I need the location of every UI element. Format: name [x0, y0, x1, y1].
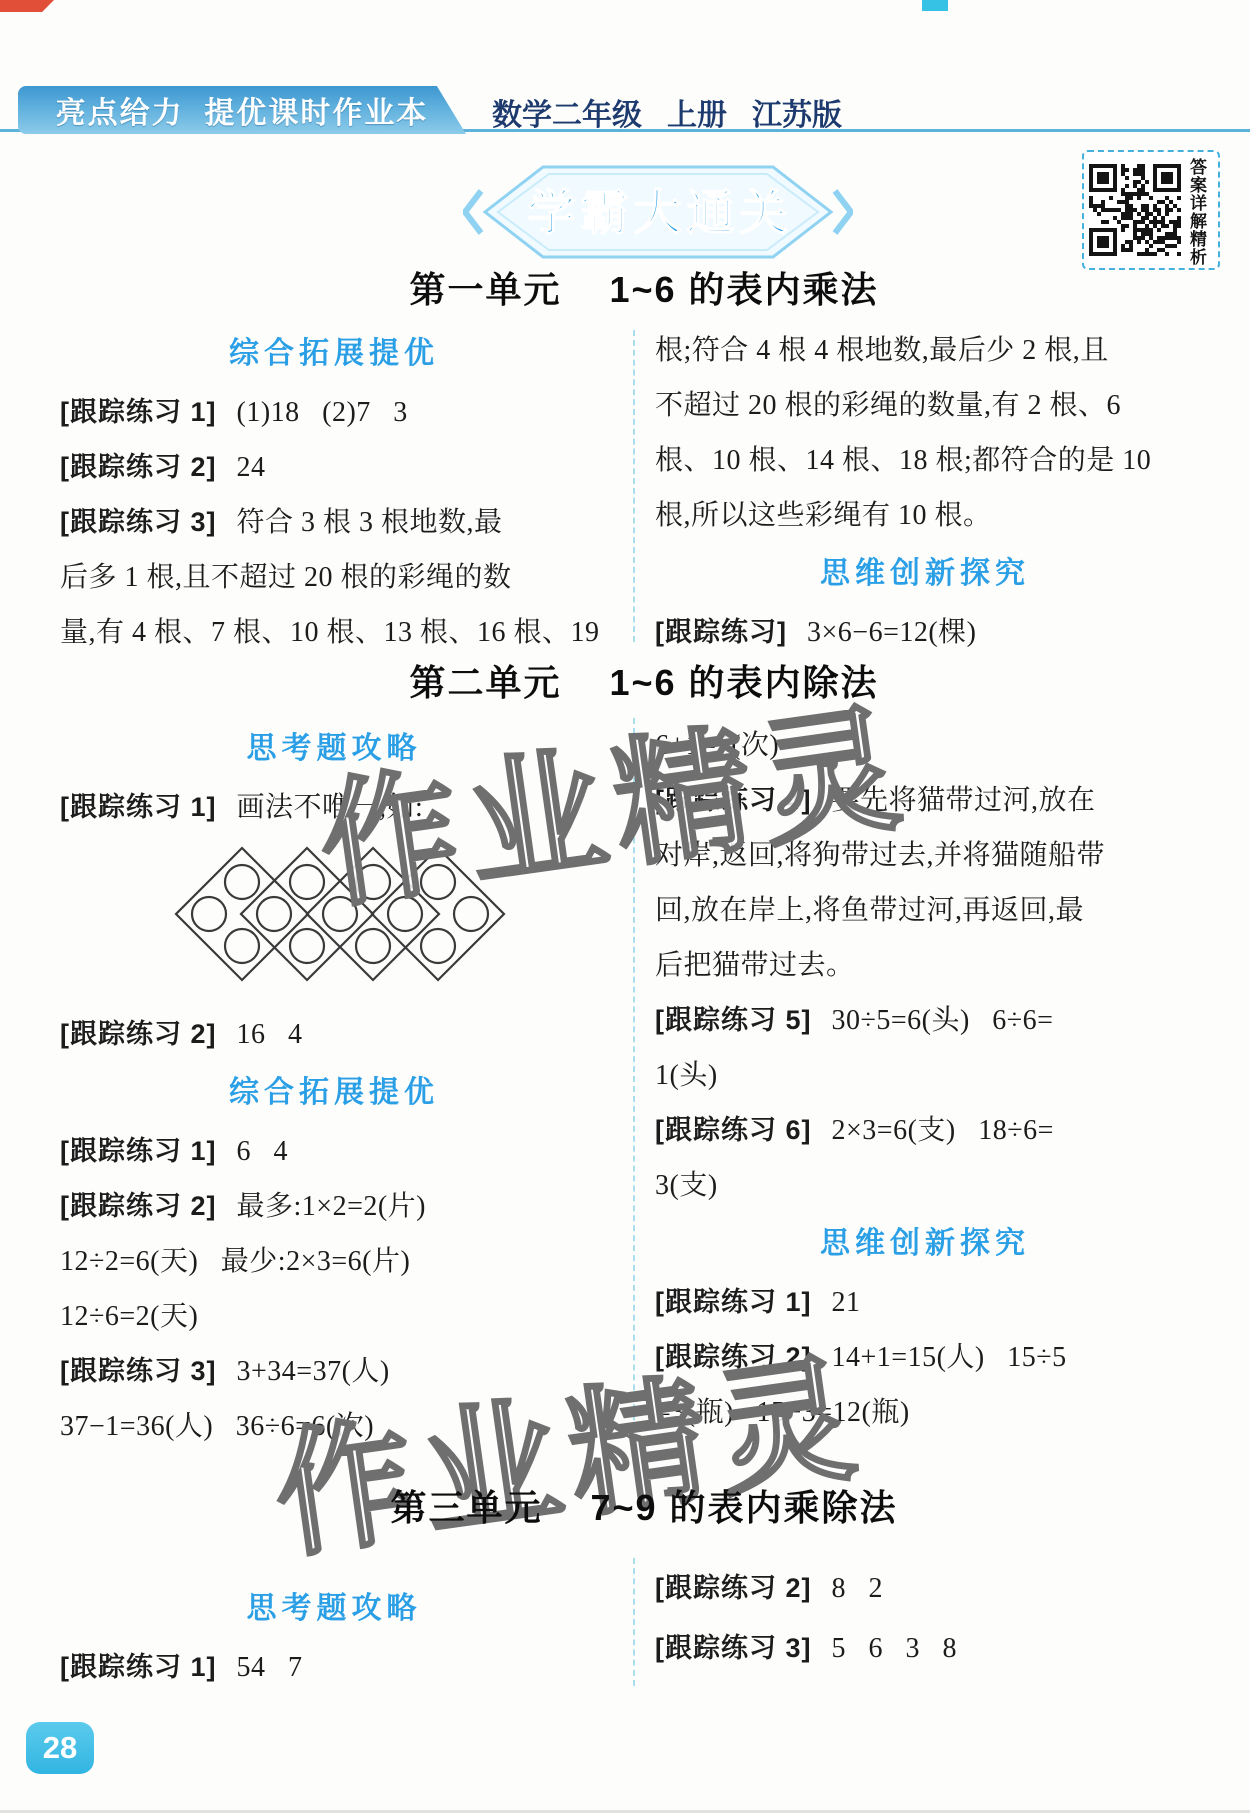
exercise-answer: (1)18 (2)7 3 [237, 385, 408, 440]
subsection-heading: 综合拓展提优 [60, 323, 608, 385]
section-3-left-column: 思考题攻略 [跟踪练习 1] 54 7 [60, 1578, 608, 1695]
qr-block: 答案详解精析 [1082, 150, 1220, 270]
exercise-answer: 14+1=15(人) 15÷5 [832, 1330, 1067, 1385]
exercise-answer: 要先将猫带过河,放在 [832, 773, 1096, 828]
answer-line: 根,所以这些彩绳有 10 根。 [655, 488, 1195, 543]
exercise-label: [跟踪练习 3] [60, 495, 217, 550]
brand-badge-label: 亮点给力 提优课时作业本 [56, 88, 429, 132]
banner-chevron-left-icon [465, 191, 481, 233]
answer-line: 对岸,返回,将狗带过去,并将猫随船带 [655, 828, 1195, 883]
answer-line: 不超过 20 根的彩绳的数量,有 2 根、6 [655, 378, 1195, 433]
answer-line: 后把猫带过去。 [655, 938, 1195, 993]
answer-line: [跟踪练习 2] 24 [60, 440, 608, 495]
answer-line: [跟踪练习 1] (1)18 (2)7 3 [60, 385, 608, 440]
answer-line: 1(头) [655, 1048, 1195, 1103]
answer-line: =3(瓶) 15−3=12(瓶) [655, 1385, 1195, 1440]
subsection-heading: 思考题攻略 [60, 1578, 608, 1640]
section-2-title: 第二单元 1~6 的表内除法 [0, 655, 1250, 706]
answer-line: [跟踪练习] 3×6−6=12(棵) [655, 605, 1195, 660]
answer-line: [跟踪练习 2] 16 4 [60, 1007, 608, 1062]
section-2-right-column: 6+1=7(次) [跟踪练习 4] 要先将猫带过河,放在 对岸,返回,将狗带过去… [655, 718, 1195, 1440]
exercise-label: [跟踪练习 5] [655, 993, 812, 1048]
exercise-label: [跟踪练习 2] [60, 1007, 217, 1062]
exercise-answer: 6 4 [237, 1124, 289, 1179]
answer-line: [跟踪练习 3] 5 6 3 8 [655, 1618, 1195, 1678]
scan-artifact-cyan [922, 0, 948, 11]
diamond-circles-figure [60, 835, 608, 1007]
section-1-right-column: 根;符合 4 根 4 根地数,最后少 2 根,且 不超过 20 根的彩绳的数量,… [655, 323, 1195, 660]
section-1-left-column: 综合拓展提优 [跟踪练习 1] (1)18 (2)7 3 [跟踪练习 2] 24… [60, 323, 608, 660]
answer-line: [跟踪练习 1] 21 [655, 1275, 1195, 1330]
workbook-answer-page: 亮点给力 提优课时作业本 数学二年级 上册 江苏版 答案详解精析 学霸大通关 第… [0, 0, 1250, 1813]
answer-line: 回,放在岸上,将鱼带过河,再返回,最 [655, 883, 1195, 938]
exercise-answer: 24 [237, 440, 266, 495]
section-3-title: 第三单元 7~9 的表内乘除法 [0, 1480, 1250, 1531]
answer-line: [跟踪练习 2] 8 2 [655, 1558, 1195, 1618]
answer-line: 6+1=7(次) [655, 718, 1195, 773]
column-divider [633, 718, 635, 1460]
exercise-answer: 8 2 [832, 1559, 884, 1619]
section-1-title: 第一单元 1~6 的表内乘法 [0, 262, 1250, 313]
exercise-answer: 21 [832, 1275, 861, 1330]
exercise-answer: 5 6 3 8 [832, 1619, 958, 1679]
answer-line: 12÷6=2(天) [60, 1289, 608, 1344]
page-number-badge: 28 [26, 1722, 94, 1774]
subsection-heading: 思维创新探究 [655, 543, 1195, 605]
exercise-answer: 3+34=37(人) [237, 1344, 390, 1399]
page-number: 28 [43, 1730, 77, 1766]
answer-line: 根、10 根、14 根、18 根;都符合的是 10 [655, 433, 1195, 488]
exercise-answer: 符合 3 根 3 根地数,最 [237, 495, 503, 550]
exercise-answer: 30÷5=6(头) 6÷6= [832, 993, 1054, 1048]
answer-line: [跟踪练习 2] 最多:1×2=2(片) [60, 1179, 608, 1234]
subsection-heading: 综合拓展提优 [60, 1062, 608, 1124]
exercise-answer: 54 7 [237, 1640, 303, 1695]
answer-line: [跟踪练习 2] 14+1=15(人) 15÷5 [655, 1330, 1195, 1385]
exercise-answer: 画法不唯一,如: [237, 780, 424, 835]
subsection-heading: 思维创新探究 [655, 1213, 1195, 1275]
banner-title: 学霸大通关 [527, 187, 792, 240]
exercise-label: [跟踪练习 3] [60, 1344, 217, 1399]
qr-caption: 答案详解精析 [1184, 158, 1209, 266]
exercise-label: [跟踪练习 4] [655, 773, 812, 828]
exercise-label: [跟踪练习 1] [60, 1640, 217, 1695]
exercise-answer: 2×3=6(支) 18÷6= [832, 1103, 1054, 1158]
exercise-label: [跟踪练习 2] [655, 1330, 812, 1385]
exercise-label: [跟踪练习 1] [655, 1275, 812, 1330]
answer-line: [跟踪练习 3] 3+34=37(人) [60, 1344, 608, 1399]
exercise-label: [跟踪练习 2] [60, 440, 217, 495]
banner-chevron-right-icon [835, 191, 851, 233]
exercise-label: [跟踪练习 6] [655, 1103, 812, 1158]
exercise-label: [跟踪练习 2] [655, 1558, 812, 1618]
answer-line: 根;符合 4 根 4 根地数,最后少 2 根,且 [655, 323, 1195, 378]
answer-line: 量,有 4 根、7 根、10 根、13 根、16 根、19 [60, 605, 608, 660]
answer-line: 后多 1 根,且不超过 20 根的彩绳的数 [60, 550, 608, 605]
exercise-answer: 最多:1×2=2(片) [237, 1179, 427, 1234]
banner: 学霸大通关 [463, 158, 853, 271]
answer-line: 3(支) [655, 1158, 1195, 1213]
answer-line: [跟踪练习 6] 2×3=6(支) 18÷6= [655, 1103, 1195, 1158]
subsection-heading: 思考题攻略 [60, 718, 608, 780]
exercise-label: [跟踪练习 1] [60, 780, 217, 835]
section-3-right-column: [跟踪练习 2] 8 2 [跟踪练习 3] 5 6 3 8 [655, 1558, 1195, 1678]
answer-line: [跟踪练习 3] 符合 3 根 3 根地数,最 [60, 495, 608, 550]
exercise-label: [跟踪练习 3] [655, 1618, 812, 1678]
answer-line: [跟踪练习 1] 画法不唯一,如: [60, 780, 608, 835]
scan-artifact-red [0, 0, 54, 12]
qr-code [1089, 164, 1181, 256]
answer-line: 37−1=36(人) 36÷6=6(次) [60, 1399, 608, 1454]
exercise-label: [跟踪练习 1] [60, 1124, 217, 1179]
answer-line: [跟踪练习 4] 要先将猫带过河,放在 [655, 773, 1195, 828]
exercise-label: [跟踪练习 2] [60, 1179, 217, 1234]
column-divider [633, 1558, 635, 1686]
column-divider [633, 330, 635, 642]
exercise-answer: 3×6−6=12(棵) [807, 605, 977, 660]
answer-line: [跟踪练习 1] 6 4 [60, 1124, 608, 1179]
answer-line: [跟踪练习 5] 30÷5=6(头) 6÷6= [655, 993, 1195, 1048]
exercise-answer: 16 4 [237, 1007, 303, 1062]
exercise-label: [跟踪练习] [655, 605, 787, 660]
answer-line: 12÷2=6(天) 最少:2×3=6(片) [60, 1234, 608, 1289]
answer-line: [跟踪练习 1] 54 7 [60, 1640, 608, 1695]
edition-title: 数学二年级 上册 江苏版 [492, 90, 842, 134]
section-2-left-column: 思考题攻略 [跟踪练习 1] 画法不唯一,如: [跟踪练习 2] 16 [60, 718, 608, 1454]
brand-badge: 亮点给力 提优课时作业本 [18, 86, 466, 134]
exercise-label: [跟踪练习 1] [60, 385, 217, 440]
